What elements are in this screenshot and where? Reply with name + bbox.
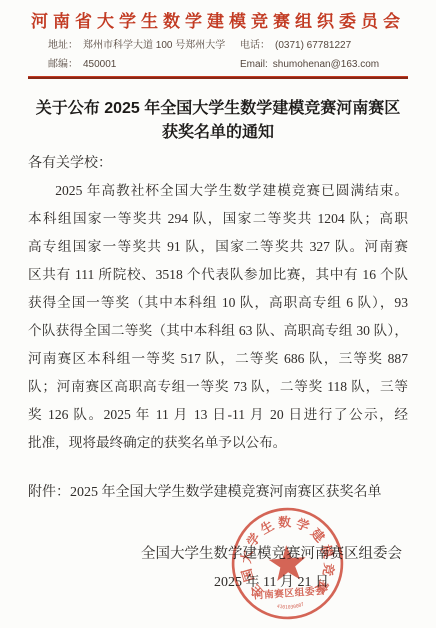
body-line: 本科组国家一等奖共 294 队，国家二等奖共 1204 队；高职 xyxy=(28,205,408,233)
body-line: 奖 126 队。2025 年 11 月 13 日-11 月 20 日进行了公示，… xyxy=(28,401,408,429)
body-line: 队；河南赛区高职高专组一等奖 73 队，二等奖 118 队，三等 xyxy=(28,373,408,401)
letterhead: 河南省大学生数学建模竞赛组织委员会 地址：郑州市科学大道 100 号郑州大学 邮… xyxy=(28,11,408,79)
phone-label: 电话： xyxy=(240,40,270,51)
signature: 全国大学生数学建模竞赛河南赛区组委会 xyxy=(141,544,402,564)
signature-area: 全国大学生数学建模竞赛河南赛区组委会 2025 年 11 月 21 日 xyxy=(28,544,408,592)
org-name: 河南省大学生数学建模竞赛组织委员会 xyxy=(28,11,408,33)
body-paragraph: 2025 年高教社杯全国大学生数学建模竞赛已圆满结束。本科组国家一等奖共 294… xyxy=(28,177,408,457)
phone-value: (0371) 67781227 xyxy=(275,40,351,51)
address-label: 地址： xyxy=(48,40,78,51)
letterhead-right-column: 电话：(0371) 67781227 Email:shumohenan@163.… xyxy=(240,36,408,74)
document-page: 河南省大学生数学建模竞赛组织委员会 地址：郑州市科学大道 100 号郑州大学 邮… xyxy=(0,0,436,628)
letterhead-left-column: 地址：郑州市科学大道 100 号郑州大学 邮编：450001 xyxy=(28,36,240,74)
body-line: 获得全国一等奖（其中本科组 10 队，高职高专组 6 队），93 xyxy=(28,289,408,317)
email-label: Email: xyxy=(240,59,268,70)
address-line: 地址：郑州市科学大道 100 号郑州大学 xyxy=(48,36,240,55)
body-line: 高专组国家一等奖共 91 队，国家二等奖共 327 队。河南赛 xyxy=(28,233,408,261)
postcode-label: 邮编： xyxy=(48,59,78,70)
salutation: 各有关学校： xyxy=(28,154,408,173)
seal-serial-number: 4101030007 xyxy=(276,601,306,611)
attachment-line: 附件：2025 年全国大学生数学建模竞赛河南赛区获奖名单 xyxy=(28,483,408,503)
body-line: 个队获得全国二等奖（其中本科组 63 队、高职高专组 30 队）， xyxy=(28,317,408,345)
letterhead-info: 地址：郑州市科学大道 100 号郑州大学 邮编：450001 电话：(0371)… xyxy=(28,36,408,74)
email-value: shumohenan@163.com xyxy=(273,59,379,70)
body-line: 2025 年高教社杯全国大学生数学建模竞赛已圆满结束。 xyxy=(28,177,408,205)
body-line: 批准，现将最终确定的获奖名单予以公布。 xyxy=(28,429,408,457)
body-line: 区共有 111 所院校、3518 个代表队参加比赛，其中有 16 个队 xyxy=(28,261,408,289)
document-title-line2: 获奖名单的通知 xyxy=(28,121,408,145)
signature-date: 2025 年 11 月 21 日 xyxy=(141,573,402,592)
postcode-line: 邮编：450001 xyxy=(48,55,240,74)
letterhead-divider xyxy=(28,76,408,79)
body-line: 河南赛区本科组一等奖 517 队，二等奖 686 队，三等奖 887 xyxy=(28,345,408,373)
email-line: Email:shumohenan@163.com xyxy=(240,55,408,74)
signature-block: 全国大学生数学建模竞赛河南赛区组委会 2025 年 11 月 21 日 xyxy=(141,544,402,592)
postcode-value: 450001 xyxy=(83,59,116,70)
document-title: 关于公布 2025 年全国大学生数学建模竞赛河南赛区 获奖名单的通知 xyxy=(28,97,408,145)
document-content: 关于公布 2025 年全国大学生数学建模竞赛河南赛区 获奖名单的通知 各有关学校… xyxy=(28,97,408,592)
address-value: 郑州市科学大道 100 号郑州大学 xyxy=(83,40,225,51)
phone-line: 电话：(0371) 67781227 xyxy=(240,36,408,55)
document-title-line1: 关于公布 2025 年全国大学生数学建模竞赛河南赛区 xyxy=(28,97,408,121)
